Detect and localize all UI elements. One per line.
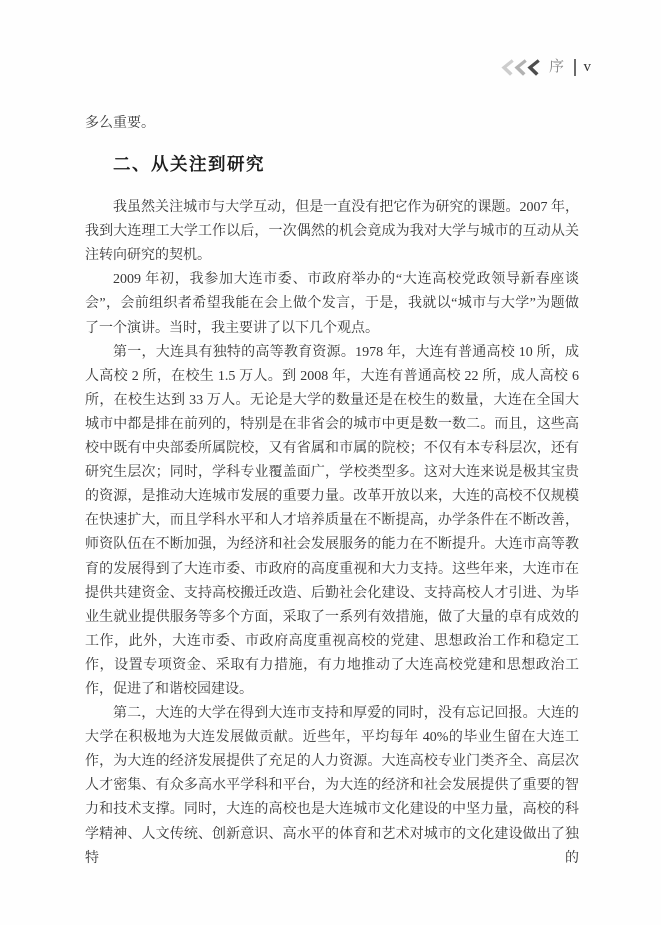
chevron-left-icon [529,60,538,74]
chevron-left-icon [503,60,512,74]
header-divider [574,59,576,76]
left-chevrons-icon [500,58,542,77]
chevron-left-icon [516,60,525,74]
paragraphs: 我虽然关注城市与大学互动，但是一直没有把它作为研究的课题。2007 年，我到大连… [85,196,579,871]
paragraph: 第二，大连的大学在得到大连市支持和厚爱的同时，没有忘记回报。大连的大学在积极地为… [85,702,579,871]
paragraph: 我虽然关注城市与大学互动，但是一直没有把它作为研究的课题。2007 年，我到大连… [85,196,579,268]
page-number: v [584,56,592,78]
paragraph: 2009 年初，我参加大连市委、市政府举办的“大连高校党政领导新春座谈会”，会前… [85,268,579,340]
paragraph: 第一，大连具有独特的高等教育资源。1978 年，大连有普通高校 10 所，成人高… [85,341,579,702]
header-section-title: 序 [549,56,565,78]
book-page: 序 v 多么重要。 二、从关注到研究 我虽然关注城市与大学互动，但是一直没有把它… [0,0,661,925]
carryover-line: 多么重要。 [85,112,579,136]
running-header: 序 v [0,56,591,78]
section-heading: 二、从关注到研究 [85,152,579,176]
page-body: 多么重要。 二、从关注到研究 我虽然关注城市与大学互动，但是一直没有把它作为研究… [85,112,579,871]
